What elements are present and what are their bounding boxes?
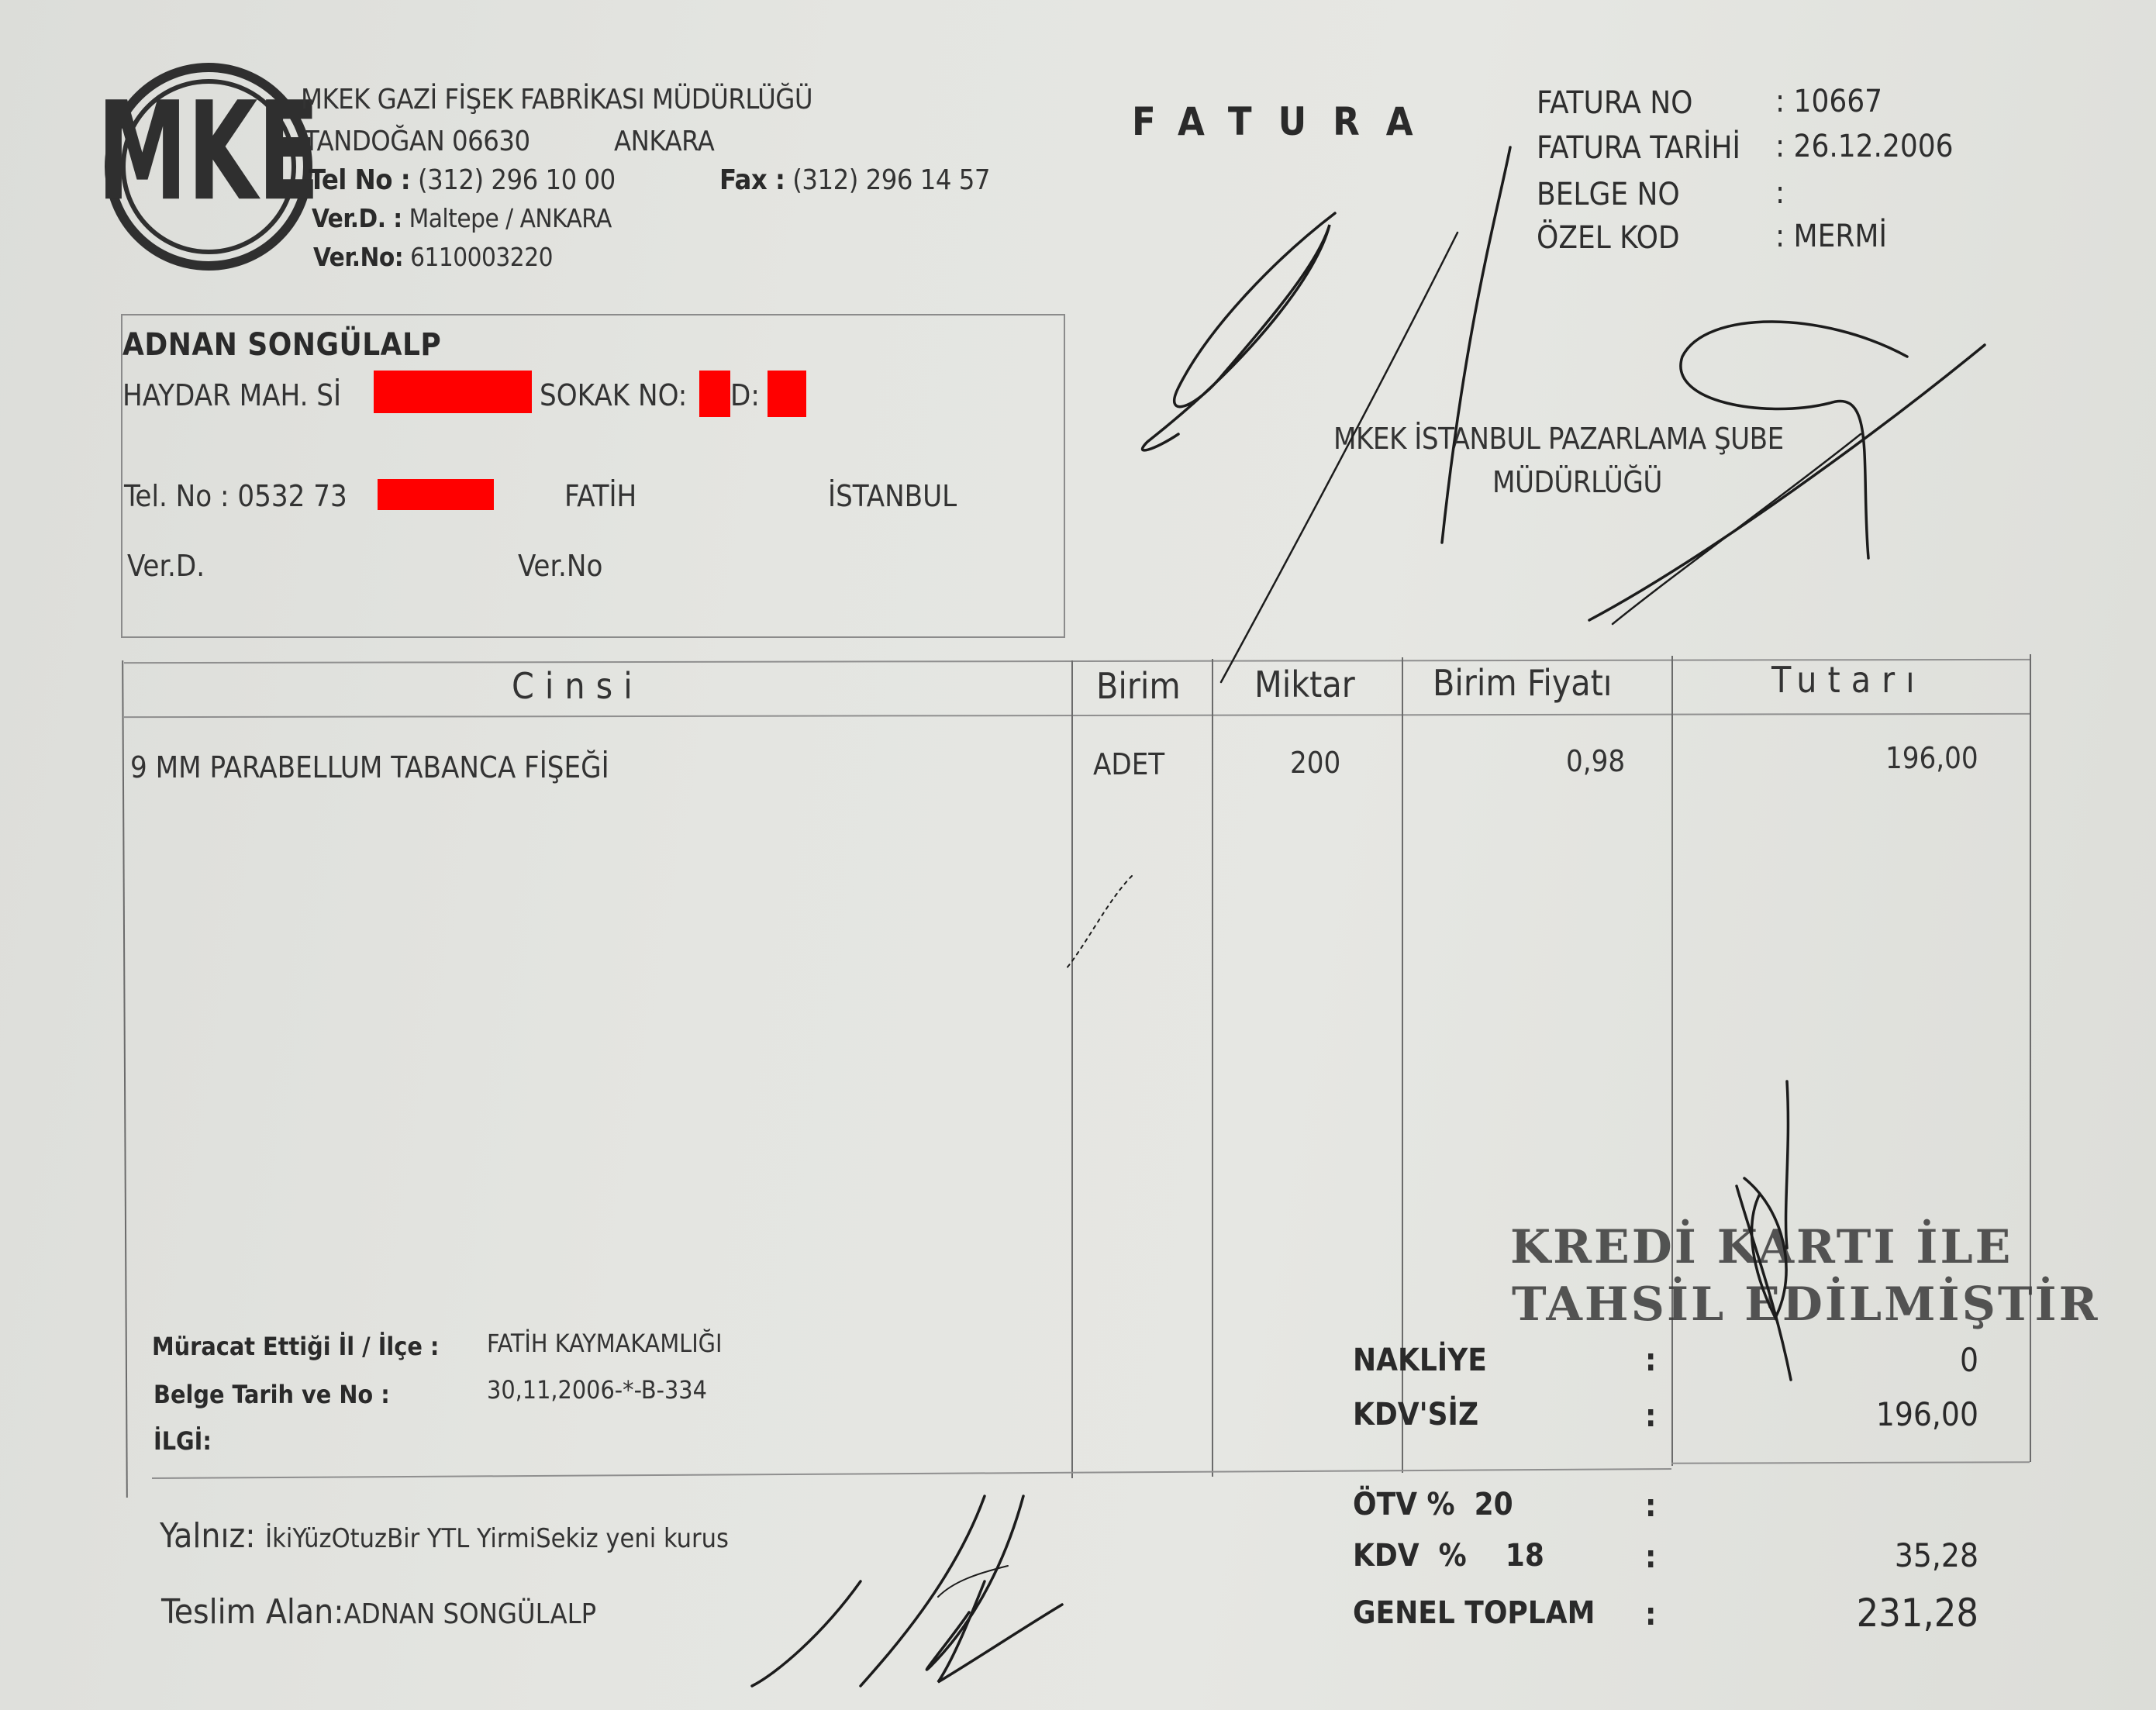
total-vat-value: 35,28 <box>1783 1536 1978 1574</box>
company-city: ANKARA <box>614 126 714 157</box>
company-tax-no-label: Ver.No: <box>313 242 403 272</box>
company-tel: Tel No : (312) 296 10 00 <box>309 164 616 196</box>
row-description: 9 MM PARABELLUM TABANCA FİŞEĞİ <box>130 750 609 784</box>
company-tax-office-label: Ver.D. : <box>312 203 402 233</box>
document-no-label: BELGE NO <box>1537 177 1680 212</box>
received-by-label: Teslim Alan: <box>161 1592 344 1632</box>
customer-tel-value: 0532 73 <box>237 479 347 513</box>
document-title: FATURA <box>1132 99 1440 144</box>
received-by: Teslim Alan:ADNAN SONGÜLALP <box>161 1592 596 1632</box>
doc-date-value: 30,11,2006-*-B-334 <box>487 1375 707 1405</box>
total-net-value: 196,00 <box>1783 1395 1978 1433</box>
total-otv-label: ÖTV % 20 <box>1353 1487 1513 1522</box>
table-bottom-border-right <box>1671 1461 2030 1464</box>
customer-tax-office-label: Ver.D. <box>127 549 205 583</box>
col-header-unit: Birim <box>1096 665 1181 707</box>
total-otv-colon: : <box>1645 1488 1656 1524</box>
row-quantity: 200 <box>1290 746 1340 780</box>
redaction-phone <box>378 479 494 510</box>
table-top-border <box>124 659 2031 664</box>
total-shipping-colon: : <box>1645 1343 1656 1378</box>
redaction-door-no <box>768 371 806 417</box>
invoice-no-value: : 10667 <box>1775 84 1882 119</box>
total-vat-colon: : <box>1645 1539 1656 1575</box>
invoice-date-label: FATURA TARİHİ <box>1537 130 1740 166</box>
customer-address-prefix: HAYDAR MAH. Sİ <box>122 378 341 412</box>
application-value: FATİH KAYMAKAMLIĞI <box>487 1329 722 1358</box>
svg-text:MKE: MKE <box>102 74 316 232</box>
customer-tel-label: Tel. No : <box>124 479 229 513</box>
company-tax-office-value: Maltepe / ANKARA <box>409 203 612 233</box>
mke-logo-icon: MKE <box>102 60 316 274</box>
total-net-label: KDV'SİZ <box>1353 1397 1478 1432</box>
received-by-value: ADNAN SONGÜLALP <box>344 1598 597 1630</box>
grand-total-colon: : <box>1645 1597 1656 1632</box>
col-header-unit-price: Birim Fiyatı <box>1433 662 1612 704</box>
grand-total-label: GENEL TOPLAM <box>1353 1595 1595 1631</box>
payment-stamp-line1: KREDİ KARTI İLE <box>1510 1220 2013 1274</box>
col-divider-birim <box>1071 660 1073 1478</box>
customer-name: ADNAN SONGÜLALP <box>122 327 441 363</box>
col-divider-miktar <box>1212 659 1213 1477</box>
table-right-border <box>2030 654 2031 1462</box>
payment-stamp-line2: TAHSİL EDİLMİŞTİR <box>1512 1277 2100 1332</box>
application-label: Müracat Ettiği İl / İlçe : <box>152 1332 439 1361</box>
amount-in-words-label: Yalnız: <box>160 1516 256 1556</box>
company-tax-office: Ver.D. : Maltepe / ANKARA <box>312 203 612 233</box>
reference-label: İLGİ: <box>154 1426 212 1456</box>
redaction-street <box>374 371 532 413</box>
customer-tax-no-label: Ver.No <box>518 549 602 583</box>
customer-address-mid: SOKAK NO: <box>540 378 687 412</box>
document-no-value: : <box>1775 175 1785 211</box>
company-tel-value: (312) 296 10 00 <box>418 164 616 196</box>
total-shipping-value: 0 <box>1783 1341 1978 1379</box>
row-unit: ADET <box>1093 747 1164 781</box>
signature-bottom-icon <box>752 1581 861 1686</box>
special-code-label: ÖZEL KOD <box>1537 220 1680 256</box>
table-left-border <box>122 660 128 1498</box>
total-shipping-label: NAKLİYE <box>1353 1343 1487 1378</box>
total-vat-label: KDV % 18 <box>1353 1538 1544 1574</box>
grand-total-value: 231,28 <box>1783 1591 1978 1636</box>
company-tax-no: Ver.No: 6110003220 <box>313 242 553 272</box>
invoice-no-label: FATURA NO <box>1537 85 1693 121</box>
col-header-amount: Tutarı <box>1771 659 1926 701</box>
signature-top-icon <box>1143 213 1335 450</box>
col-header-description: Cinsi <box>512 665 643 707</box>
company-fax: Fax : (312) 296 14 57 <box>719 164 990 196</box>
company-fax-value: (312) 296 14 57 <box>792 164 990 196</box>
table-bottom-border-left <box>152 1468 1671 1479</box>
company-district: TANDOĞAN 06630 <box>304 126 530 157</box>
col-divider-tutar <box>1671 656 1673 1466</box>
total-net-colon: : <box>1645 1398 1656 1434</box>
company-tel-label: Tel No : <box>309 164 410 196</box>
customer-tel: Tel. No : 0532 73 <box>124 479 347 513</box>
table-header-divider <box>124 713 2031 718</box>
company-name: MKEK GAZİ FİŞEK FABRİKASI MÜDÜRLÜĞÜ <box>301 84 812 115</box>
issuer-branch-line1: MKEK İSTANBUL PAZARLAMA ŞUBE <box>1333 422 1784 456</box>
special-code-value: : MERMİ <box>1775 219 1887 254</box>
issuer-branch-line2: MÜDÜRLÜĞÜ <box>1492 465 1662 499</box>
redaction-building-no <box>699 371 730 417</box>
row-unit-price: 0,98 <box>1566 744 1625 778</box>
customer-district: FATİH <box>564 479 636 513</box>
company-fax-label: Fax : <box>719 164 785 196</box>
amount-in-words: Yalnız: İkiYüzOtuzBir YTL YirmiSekiz yen… <box>160 1516 729 1556</box>
invoice-page: MKE MKE MKEK GAZİ FİŞEK FABRİKASI MÜDÜRL… <box>0 0 2156 1710</box>
invoice-date-value: : 26.12.2006 <box>1775 129 1954 164</box>
col-header-quantity: Miktar <box>1254 664 1355 705</box>
row-amount: 196,00 <box>1885 741 1978 775</box>
customer-city: İSTANBUL <box>828 479 957 513</box>
company-tax-no-value: 6110003220 <box>410 242 553 272</box>
doc-date-label: Belge Tarih ve No : <box>154 1380 390 1409</box>
customer-address-door: D: <box>730 378 760 412</box>
amount-in-words-value: İkiYüzOtuzBir YTL YirmiSekiz yeni kurus <box>265 1523 729 1554</box>
